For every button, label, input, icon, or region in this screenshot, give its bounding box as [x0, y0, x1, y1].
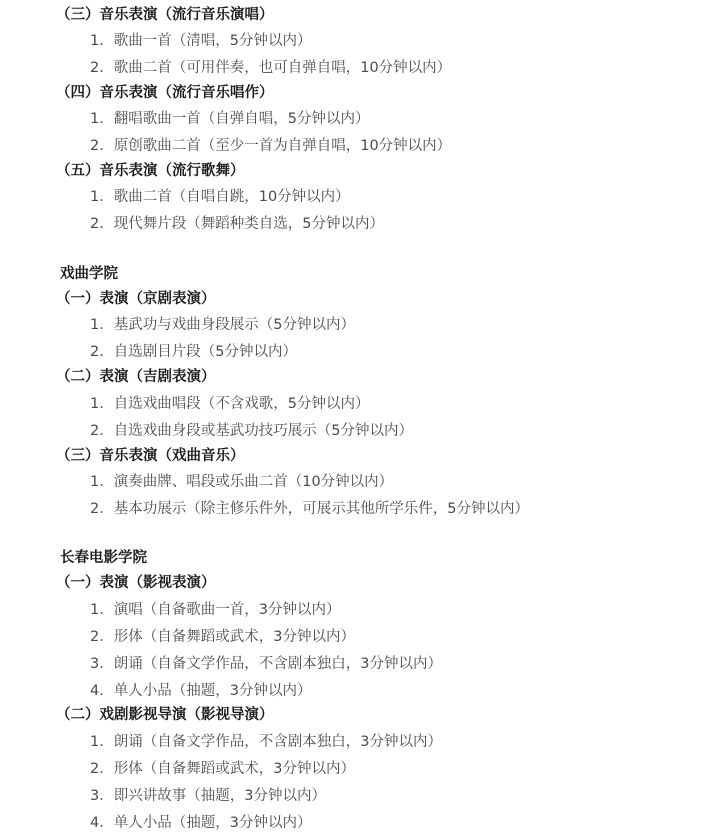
list-item: 2．基本功展示（除主修乐件外，可展示其他所学乐件，5分钟以内）: [90, 499, 529, 519]
list-item: 1．歌曲一首（清唱，5分钟以内）: [90, 31, 311, 51]
list-item: 1．朗诵（自备文学作品，不含剧本独白，3分钟以内）: [90, 732, 442, 752]
list-item: 1．基武功与戏曲身段展示（5分钟以内）: [90, 315, 355, 335]
section-heading: （一）表演（京剧表演）: [56, 289, 216, 309]
section-heading: （二）表演（吉剧表演）: [56, 367, 216, 387]
list-item: 1．歌曲二首（自唱自跳，10分钟以内）: [90, 187, 350, 207]
list-item: 2．自选戏曲身段或基武功技巧展示（5分钟以内）: [90, 421, 413, 441]
list-item: 1．演奏曲牌、唱段或乐曲二首（10分钟以内）: [90, 472, 393, 492]
list-item: 4．单人小品（抽题，3分钟以内）: [90, 681, 311, 701]
list-item: 3．朗诵（自备文学作品，不含剧本独白，3分钟以内）: [90, 654, 442, 674]
list-item: 2．形体（自备舞蹈或武术，3分钟以内）: [90, 627, 355, 647]
section-heading: （三）音乐表演（戏曲音乐）: [56, 446, 245, 466]
list-item: 2．自选剧目片段（5分钟以内）: [90, 342, 297, 362]
school-heading: 戏曲学院: [60, 264, 118, 284]
list-item: 2．形体（自备舞蹈或武术，3分钟以内）: [90, 759, 355, 779]
list-item: 2．现代舞片段（舞蹈种类自选，5分钟以内）: [90, 214, 384, 234]
list-item: 1．自选戏曲唱段（不含戏歌，5分钟以内）: [90, 394, 369, 414]
list-item: 1．翻唱歌曲一首（自弹自唱，5分钟以内）: [90, 109, 369, 129]
list-item: 4．单人小品（抽题，3分钟以内）: [90, 813, 311, 833]
section-heading: （四）音乐表演（流行音乐唱作）: [56, 83, 274, 103]
section-heading: （一）表演（影视表演）: [56, 573, 216, 593]
section-heading: （五）音乐表演（流行歌舞）: [56, 161, 245, 181]
section-heading: （三）音乐表演（流行音乐演唱）: [56, 5, 274, 25]
list-item: 2．歌曲二首（可用伴奏，也可自弹自唱，10分钟以内）: [90, 58, 451, 78]
school-heading: 长春电影学院: [60, 548, 147, 568]
list-item: 3．即兴讲故事（抽题，3分钟以内）: [90, 786, 326, 806]
section-heading: （二）戏剧影视导演（影视导演）: [56, 705, 274, 725]
list-item: 2．原创歌曲二首（至少一首为自弹自唱，10分钟以内）: [90, 136, 451, 156]
list-item: 1．演唱（自备歌曲一首，3分钟以内）: [90, 600, 340, 620]
